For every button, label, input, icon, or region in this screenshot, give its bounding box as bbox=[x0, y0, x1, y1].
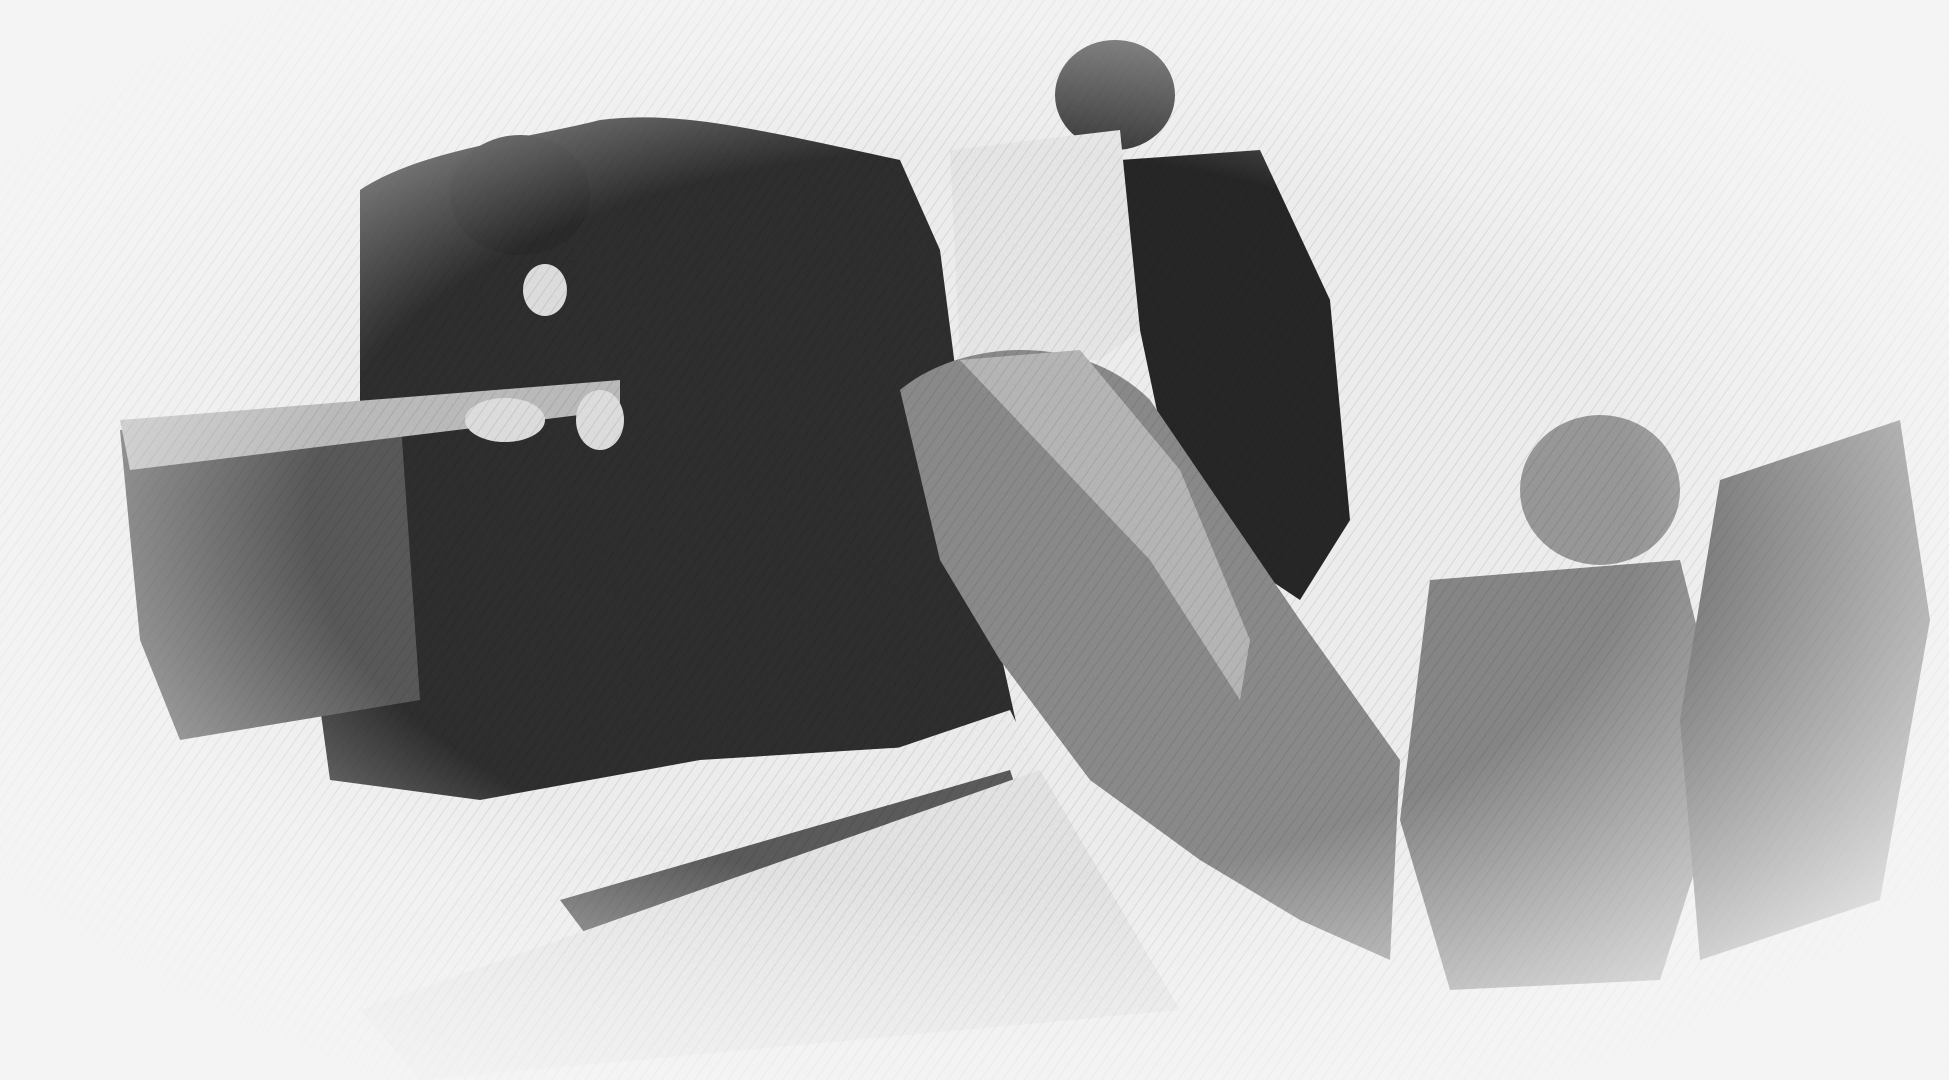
sketch-artwork bbox=[0, 0, 1949, 1080]
vignette bbox=[0, 0, 1949, 1080]
